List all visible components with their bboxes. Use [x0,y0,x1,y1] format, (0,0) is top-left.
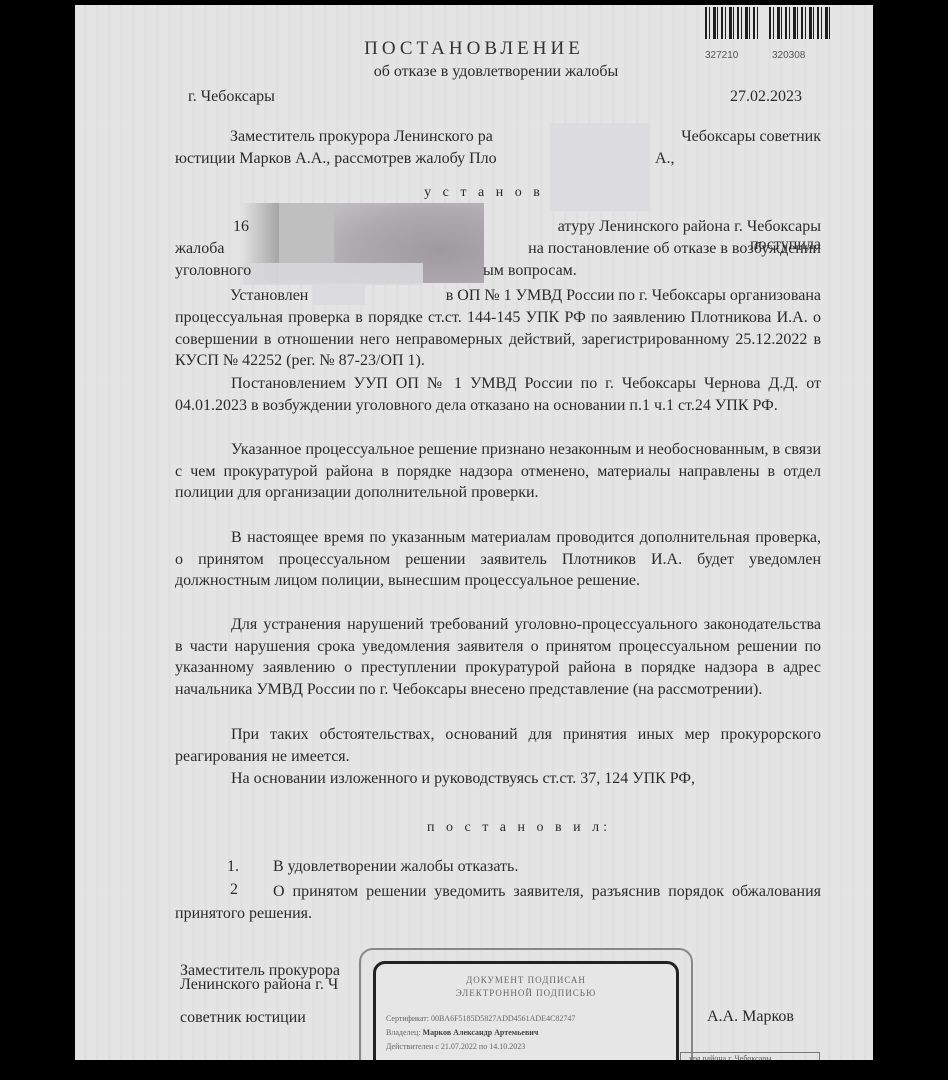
p1-line3-left: уголовного [175,262,251,280]
heading-established: у с т а н о в [75,185,873,201]
stamp-owner: Владелец: Марков Александр Артемьевич [386,1026,676,1040]
p2-line1-left: Установлен [230,287,308,305]
p1-line2-right: на постановление об отказе в возбуждении [493,240,821,258]
paragraph-violation: Для устранения нарушений требований угол… [175,614,821,700]
document-page: 327210 320308 ПОСТАНОВЛЕНИЕ об отказе в … [75,5,873,1060]
stamp-certificate: Сертификат: 00BA6F5185D5827ADD4561ADE4C8… [386,1012,676,1026]
barcode-bars-icon [705,7,833,39]
intro-line2-right: А., [655,150,675,168]
paragraph-refusal: Постановлением УУП ОП № 1 УМВД России по… [175,373,821,416]
signature-rank: советник юстиции [180,1010,306,1026]
stamp-validity: Действителен с 21.07.2022 по 14.10.2023 [386,1040,676,1054]
paragraph-no-grounds: При таких обстоятельствах, оснований для… [175,724,821,767]
intro-line2-left: юстиции Марков А.А., рассмотрев жалобу П… [175,150,497,168]
p1-line2-left: жалоба [175,240,225,258]
document-title: ПОСТАНОВЛЕНИЕ [75,38,873,60]
redaction-box [243,263,423,285]
signature-position-line2: Ленинского района г. Ч [180,977,338,993]
resolution-1-number: 1. [227,858,239,876]
p2-line1-right: в ОП № 1 УМВД России по г. Чебоксары орг… [365,287,821,305]
stamp-header-line2: ЭЛЕКТРОННОЙ ПОДПИСЬЮ [376,987,676,1000]
stamp-header-line1: ДОКУМЕНТ ПОДПИСАН [376,974,676,987]
signature-name: А.А. Марков [707,1008,794,1026]
redaction-box [313,285,365,305]
p1-line3-right: ым вопросам. [483,262,577,280]
side-label-box: ура района г. Чебоксары [680,1052,820,1060]
paragraph-annulled: Указанное процессуальное решение признан… [175,439,821,504]
electronic-signature-stamp: ДОКУМЕНТ ПОДПИСАН ЭЛЕКТРОННОЙ ПОДПИСЬЮ С… [373,961,679,1060]
document-city: г. Чебоксары [188,88,275,106]
resolution-1-text: В удовлетворении жалобы отказать. [273,858,518,876]
document-subtitle: об отказе в удовлетворении жалобы [75,63,873,81]
intro-line1-right: Чебоксары советник [647,128,821,146]
paragraph-basis: На основании изложенного и руководствуяс… [175,768,821,790]
p1-line1-left: 16 [233,218,249,236]
p2-rest: процессуальная проверка в порядке ст.ст.… [175,307,821,372]
paragraph-current-check: В настоящее время по указанным материала… [175,527,821,592]
resolution-2-text: О принятом решении уведомить заявителя, … [175,881,821,924]
intro-line1-left: Заместитель прокурора Ленинского ра [230,128,493,146]
document-date: 27.02.2023 [730,88,802,106]
heading-resolved: п о с т а н о в и л: [75,820,873,836]
